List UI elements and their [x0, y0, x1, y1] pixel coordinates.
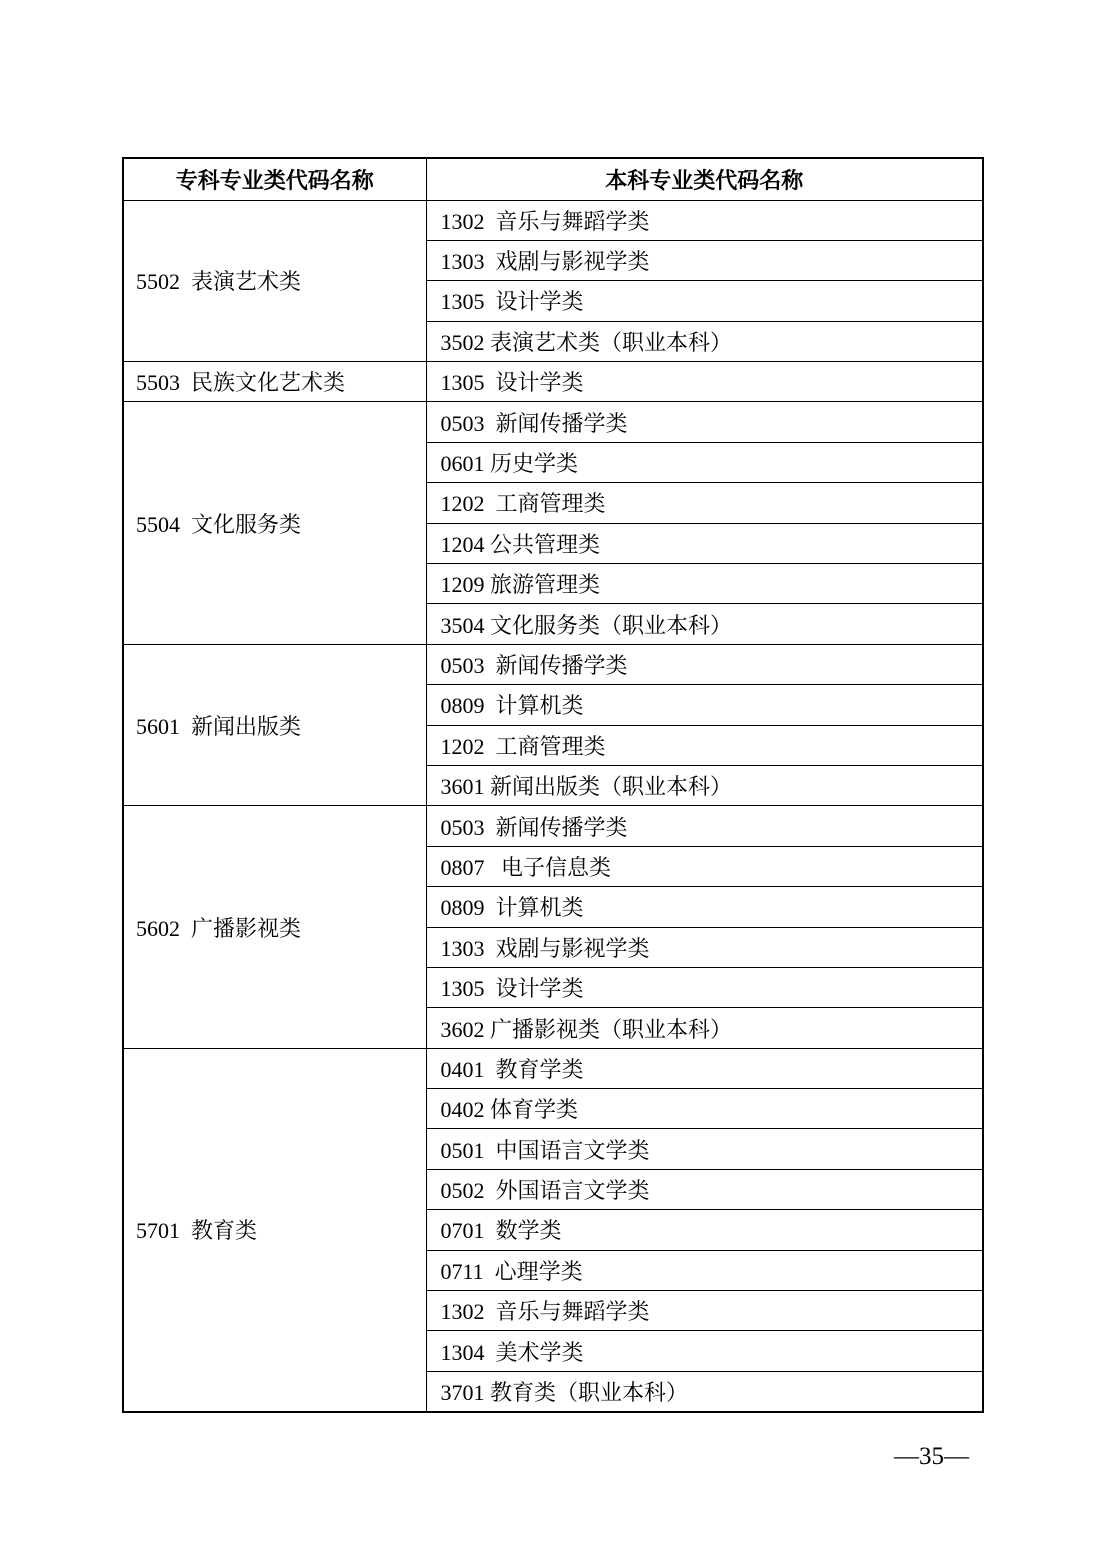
undergraduate-category-cell: 1303 戏剧与影视学类 — [426, 240, 983, 280]
undergraduate-category-cell: 0701 数学类 — [426, 1210, 983, 1250]
undergraduate-category-cell: 1303 戏剧与影视学类 — [426, 927, 983, 967]
undergraduate-category-cell: 1304 美术学类 — [426, 1331, 983, 1371]
table-row: 5504 文化服务类0503 新闻传播学类 — [123, 402, 983, 442]
header-undergraduate-category: 本科专业类代码名称 — [426, 158, 983, 200]
vocational-category-cell: 5504 文化服务类 — [123, 402, 426, 644]
major-code-mapping-table: 专科专业类代码名称 本科专业类代码名称 5502 表演艺术类1302 音乐与舞蹈… — [122, 157, 984, 1413]
table-row: 5701 教育类0401 教育学类 — [123, 1048, 983, 1088]
undergraduate-category-cell: 1209 旅游管理类 — [426, 564, 983, 604]
undergraduate-category-cell: 1305 设计学类 — [426, 281, 983, 321]
undergraduate-category-cell: 3502 表演艺术类（职业本科） — [426, 321, 983, 361]
table-row: 5601 新闻出版类0503 新闻传播学类 — [123, 644, 983, 684]
table-row: 5602 广播影视类0503 新闻传播学类 — [123, 806, 983, 846]
undergraduate-category-cell: 0809 计算机类 — [426, 685, 983, 725]
page-number: —35— — [894, 1443, 969, 1471]
undergraduate-category-cell: 1302 音乐与舞蹈学类 — [426, 1291, 983, 1331]
undergraduate-category-cell: 3602 广播影视类（职业本科） — [426, 1008, 983, 1048]
undergraduate-category-cell: 0503 新闻传播学类 — [426, 644, 983, 684]
undergraduate-category-cell: 0503 新闻传播学类 — [426, 402, 983, 442]
vocational-category-cell: 5502 表演艺术类 — [123, 200, 426, 362]
undergraduate-category-cell: 0401 教育学类 — [426, 1048, 983, 1088]
undergraduate-category-cell: 1305 设计学类 — [426, 967, 983, 1007]
vocational-category-cell: 5601 新闻出版类 — [123, 644, 426, 806]
undergraduate-category-cell: 0807 电子信息类 — [426, 846, 983, 886]
document-page: 专科专业类代码名称 本科专业类代码名称 5502 表演艺术类1302 音乐与舞蹈… — [0, 0, 1102, 1559]
undergraduate-category-cell: 1202 工商管理类 — [426, 725, 983, 765]
undergraduate-category-cell: 1202 工商管理类 — [426, 483, 983, 523]
undergraduate-category-cell: 0601 历史学类 — [426, 442, 983, 482]
undergraduate-category-cell: 3504 文化服务类（职业本科） — [426, 604, 983, 644]
undergraduate-category-cell: 1305 设计学类 — [426, 362, 983, 402]
undergraduate-category-cell: 0809 计算机类 — [426, 887, 983, 927]
undergraduate-category-cell: 3701 教育类（职业本科） — [426, 1371, 983, 1411]
table-row: 5503 民族文化艺术类1305 设计学类 — [123, 362, 983, 402]
undergraduate-category-cell: 0502 外国语言文学类 — [426, 1169, 983, 1209]
table-row: 5502 表演艺术类1302 音乐与舞蹈学类 — [123, 200, 983, 240]
vocational-category-cell: 5701 教育类 — [123, 1048, 426, 1412]
vocational-category-cell: 5503 民族文化艺术类 — [123, 362, 426, 402]
undergraduate-category-cell: 0402 体育学类 — [426, 1089, 983, 1129]
undergraduate-category-cell: 0501 中国语言文学类 — [426, 1129, 983, 1169]
table-body: 5502 表演艺术类1302 音乐与舞蹈学类1303 戏剧与影视学类1305 设… — [123, 200, 983, 1412]
undergraduate-category-cell: 0711 心理学类 — [426, 1250, 983, 1290]
undergraduate-category-cell: 1302 音乐与舞蹈学类 — [426, 200, 983, 240]
header-vocational-category: 专科专业类代码名称 — [123, 158, 426, 200]
undergraduate-category-cell: 3601 新闻出版类（职业本科） — [426, 765, 983, 805]
undergraduate-category-cell: 1204 公共管理类 — [426, 523, 983, 563]
header-row: 专科专业类代码名称 本科专业类代码名称 — [123, 158, 983, 200]
undergraduate-category-cell: 0503 新闻传播学类 — [426, 806, 983, 846]
vocational-category-cell: 5602 广播影视类 — [123, 806, 426, 1048]
